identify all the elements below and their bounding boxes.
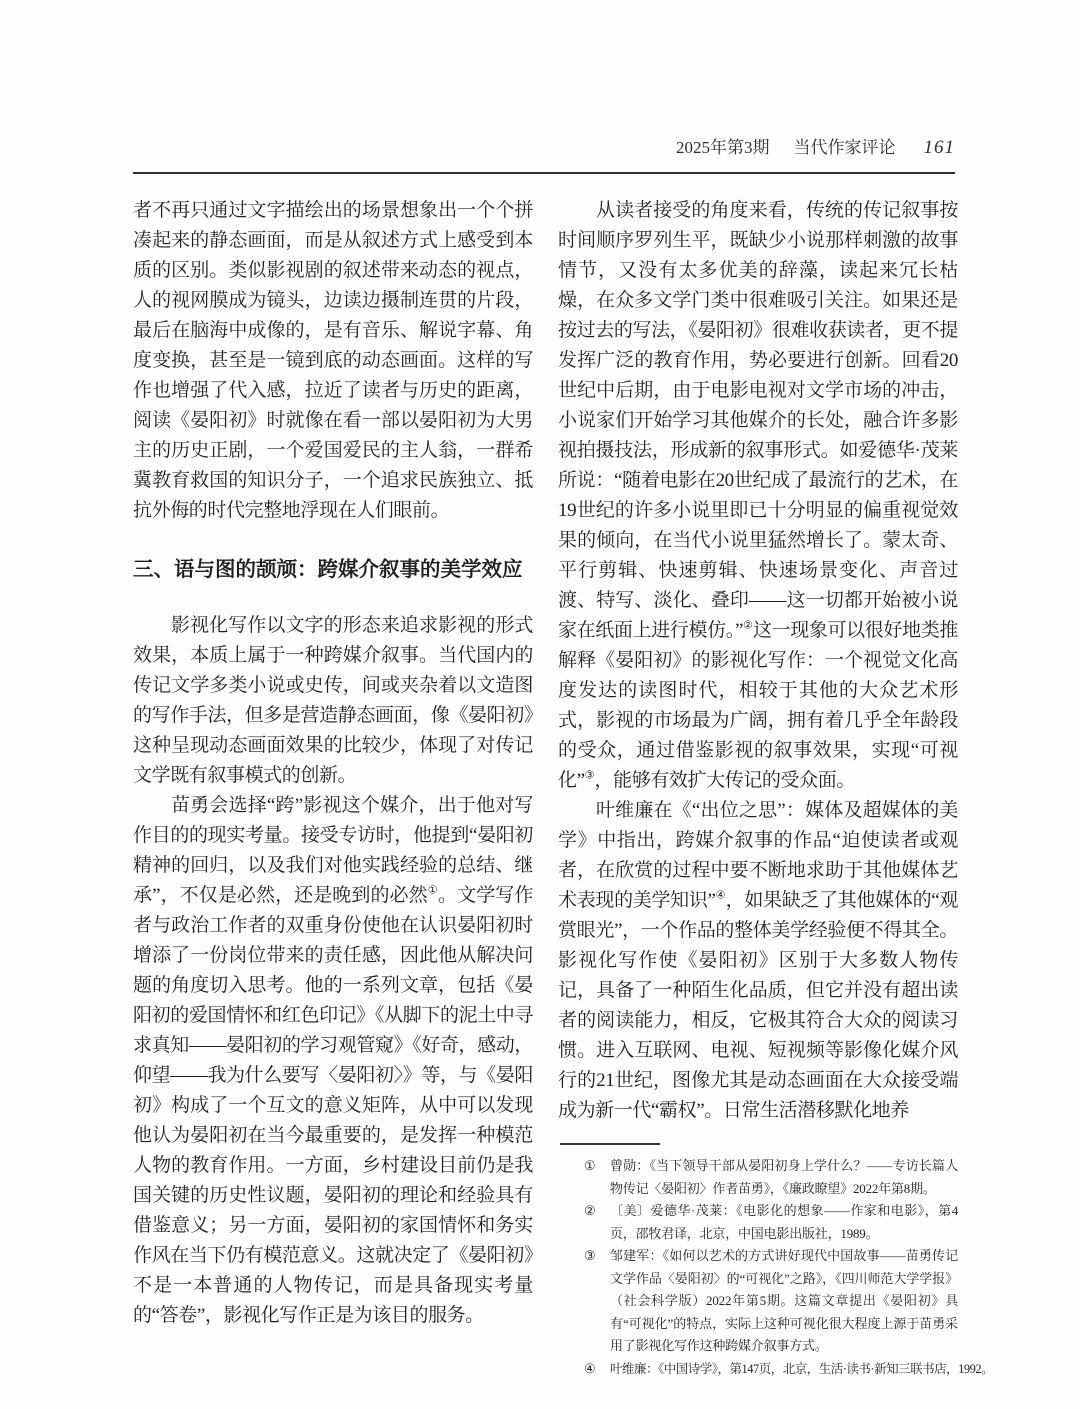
footnote-item: ③ 邹建军：《如何以艺术的方式讲好现代中国故事——苗勇传记文学作品〈晏阳初〉的“… bbox=[558, 1245, 958, 1358]
footnote-ref: ② bbox=[743, 620, 753, 632]
paragraph-continuation: 者不再只通过文字描绘出的场景想象出一个个拼凑起来的静态画面，而是从叙述方式上感受… bbox=[133, 196, 533, 526]
page-header: 2025年第3期当代作家评论161 bbox=[133, 133, 955, 159]
footnote-ref: ④ bbox=[716, 890, 726, 902]
journal-page: 2025年第3期当代作家评论161 者不再只通过文字描绘出的场景想象出一个个拼凑… bbox=[0, 0, 1080, 1409]
footnote-ref: ① bbox=[428, 885, 438, 897]
text-segment: 这一现象可以很好地类推解释《晏阳初》的影视化写作：一个视觉文化高度发达的读图时代… bbox=[558, 620, 958, 791]
footnote-text: 叶维廉：《中国诗学》，第147页，北京，生活·读书·新知三联书店，1992。 bbox=[610, 1358, 993, 1381]
paragraph: 苗勇会选择“跨”影视这个媒介，出于他对写作目的的现实考量。接受专访时，他提到“晏… bbox=[133, 791, 533, 1331]
footnote-marker: ② bbox=[584, 1200, 610, 1245]
right-column: 从读者接受的角度来看，传统的传记叙事按时间顺序罗列生平，既缺少小说那样刺激的故事… bbox=[558, 196, 958, 1380]
footnote-text: 邹建军：《如何以艺术的方式讲好现代中国故事——苗勇传记文学作品〈晏阳初〉的“可视… bbox=[610, 1245, 958, 1358]
footnote-marker: ④ bbox=[584, 1358, 610, 1381]
paragraph: 叶维廉在《“出位之思”：媒体及超媒体的美学》中指出，跨媒介叙事的作品“迫使读者或… bbox=[558, 796, 958, 1126]
text-segment: 。文学写作者与政治工作者的双重身份使他在认识晏阳初时增添了一份岗位带来的责任感，… bbox=[133, 885, 533, 1326]
footnote-text: 曾勋：《当下领导干部从晏阳初身上学什么？——专访长篇人物传记〈晏阳初〉作者苗勇》… bbox=[610, 1155, 958, 1200]
footnotes: ① 曾勋：《当下领导干部从晏阳初身上学什么？——专访长篇人物传记〈晏阳初〉作者苗… bbox=[558, 1155, 958, 1380]
article-body: 者不再只通过文字描绘出的场景想象出一个个拼凑起来的静态画面，而是从叙述方式上感受… bbox=[133, 196, 958, 1380]
text-segment: ，能够有效扩大传记的受众面。 bbox=[595, 770, 855, 791]
header-rule bbox=[133, 172, 955, 174]
footnote-item: ① 曾勋：《当下领导干部从晏阳初身上学什么？——专访长篇人物传记〈晏阳初〉作者苗… bbox=[558, 1155, 958, 1200]
footnote-separator bbox=[560, 1143, 660, 1145]
section-heading: 三、语与图的颉颃：跨媒介叙事的美学效应 bbox=[133, 555, 533, 585]
journal-issue: 2025年第3期 bbox=[676, 138, 770, 157]
paragraph: 从读者接受的角度来看，传统的传记叙事按时间顺序罗列生平，既缺少小说那样刺激的故事… bbox=[558, 196, 958, 796]
footnote-item: ② 〔美〕爱德华·茂莱：《电影化的想象——作家和电影》，第4页，邵牧君译，北京，… bbox=[558, 1200, 958, 1245]
paragraph: 影视化写作以文字的形态来追求影视的形式效果，本质上属于一种跨媒介叙事。当代国内的… bbox=[133, 611, 533, 791]
footnote-marker: ① bbox=[584, 1155, 610, 1200]
footnote-item: ④ 叶维廉：《中国诗学》，第147页，北京，生活·读书·新知三联书店，1992。 bbox=[558, 1358, 958, 1381]
footnote-text: 〔美〕爱德华·茂莱：《电影化的想象——作家和电影》，第4页，邵牧君译，北京，中国… bbox=[610, 1200, 958, 1245]
footnote-marker: ③ bbox=[584, 1245, 610, 1358]
page-number: 161 bbox=[924, 137, 956, 158]
footnote-ref: ③ bbox=[585, 770, 595, 782]
journal-title: 当代作家评论 bbox=[794, 138, 896, 157]
left-column: 者不再只通过文字描绘出的场景想象出一个个拼凑起来的静态画面，而是从叙述方式上感受… bbox=[133, 196, 533, 1380]
text-segment: 从读者接受的角度来看，传统的传记叙事按时间顺序罗列生平，既缺少小说那样刺激的故事… bbox=[558, 200, 958, 641]
text-segment: ，如果缺乏了其他媒体的“观赏眼光”，一个作品的整体美学经验便不得其全。影视化写作… bbox=[558, 890, 958, 1121]
